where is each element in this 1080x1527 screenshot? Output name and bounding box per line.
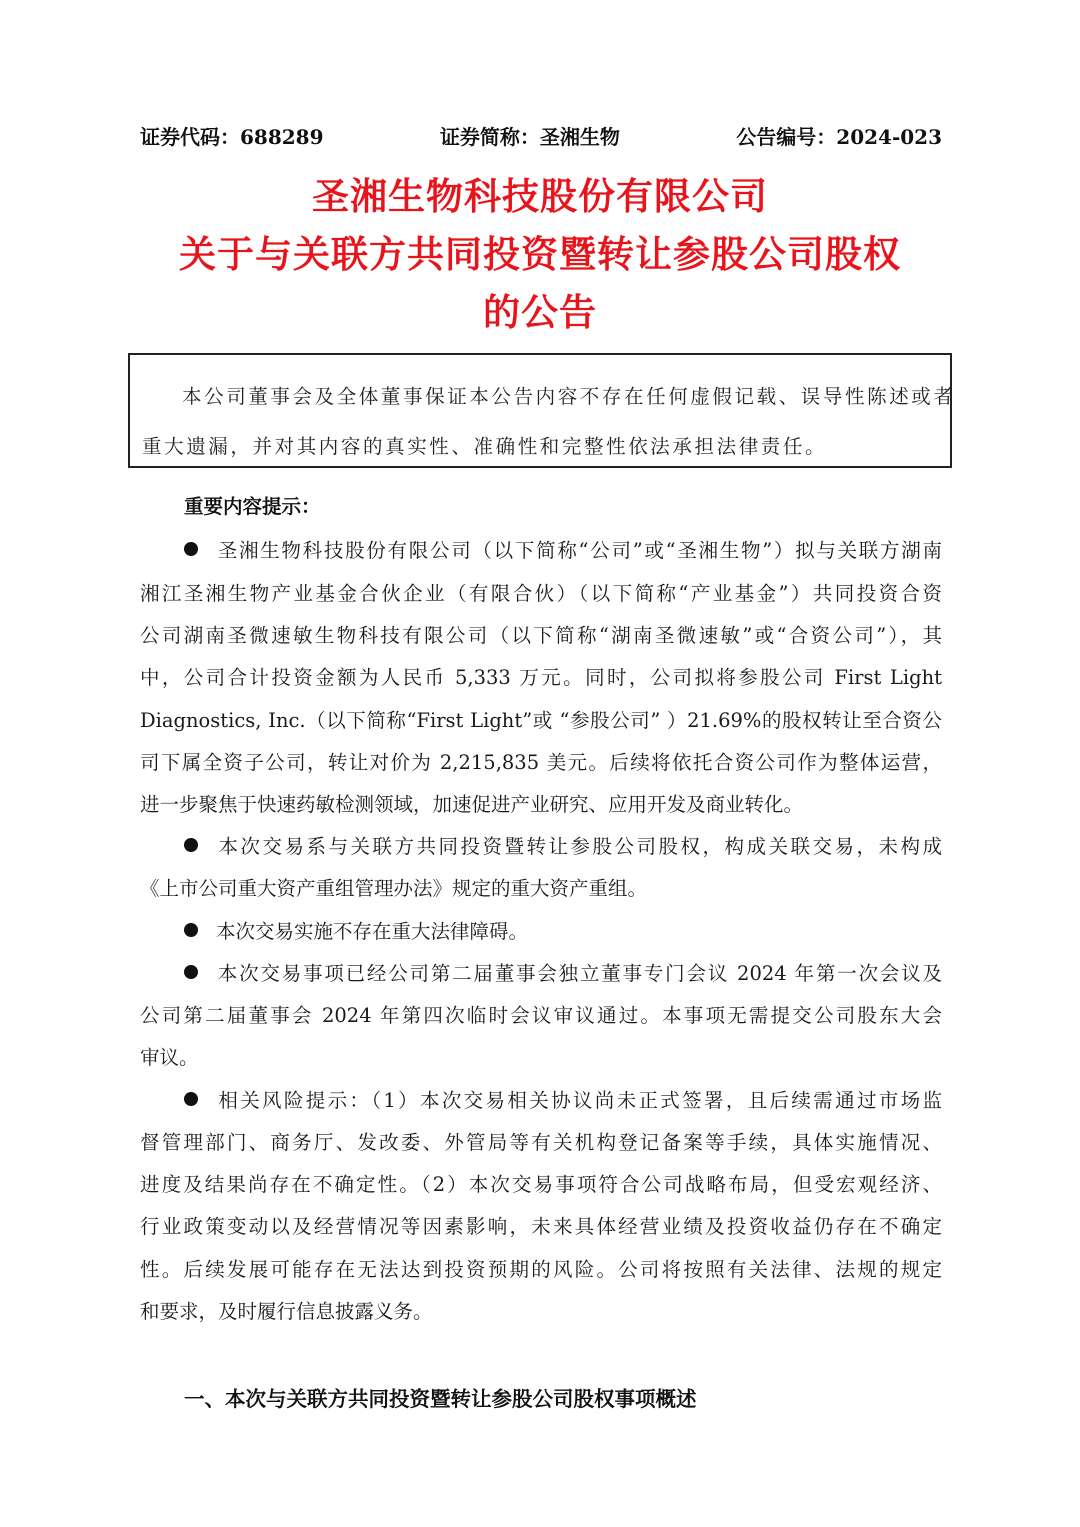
paragraph-line: 公司湖南圣微速敏生物科技有限公司（以下简称“湖南圣微速敏”或“合资公司”），其	[140, 620, 942, 648]
paragraph-line: 性。后续发展可能存在无法达到投资预期的风险。公司将按照有关法律、法规的规定	[140, 1254, 942, 1282]
highlight-bullet-2: 本次交易系与关联方共同投资暨转让参股公司股权，构成关联交易，未构成	[184, 831, 942, 859]
paragraph-line: 司下属全资子公司，转让对价为 2,215,835 美元。后续将依托合资公司作为整…	[140, 747, 942, 775]
announcement-meta-row: 证券代码：688289 证券简称：圣湘生物 公告编号：2024-023	[140, 118, 942, 152]
title-line-company: 圣湘生物科技股份有限公司	[100, 168, 980, 226]
title-line-suffix: 的公告	[100, 284, 980, 342]
announcement-title: 圣湘生物科技股份有限公司 关于与关联方共同投资暨转让参股公司股权 的公告	[100, 168, 980, 342]
paragraph-line: 进一步聚焦于快速药敏检测领域，加速促进产业研究、应用开发及商业转化。	[140, 789, 803, 817]
bullet-dot-icon	[184, 542, 198, 556]
section-1-heading: 一、本次与关联方共同投资暨转让参股公司股权事项概述	[184, 1382, 697, 1412]
bullet-dot-icon	[184, 965, 198, 979]
disclaimer-line: 重大遗漏，并对其内容的真实性、准确性和完整性依法承担法律责任。	[142, 431, 827, 459]
paragraph-line: 公司第二届董事会 2024 年第四次临时会议审议通过。本事项无需提交公司股东大会	[140, 1000, 942, 1028]
paragraph-line: 《上市公司重大资产重组管理办法》规定的重大资产重组。	[140, 873, 647, 901]
title-line-subject: 关于与关联方共同投资暨转让参股公司股权	[100, 226, 980, 284]
highlight-bullet-4: 本次交易事项已经公司第二届董事会独立董事专门会议 2024 年第一次会议及	[184, 958, 942, 986]
disclaimer-line: 本公司董事会及全体董事保证本公告内容不存在任何虚假记载、误导性陈述或者	[182, 381, 956, 409]
paragraph-line: 审议。	[140, 1042, 199, 1070]
highlight-bullet-1: 圣湘生物科技股份有限公司（以下简称“公司”或“圣湘生物”）拟与关联方湖南	[184, 535, 942, 563]
announcement-number: 公告编号：2024-023	[736, 121, 942, 150]
bullet-dot-icon	[184, 1092, 198, 1106]
highlight-bullet-3: 本次交易实施不存在重大法律障碍。	[184, 916, 942, 944]
highlights-heading: 重要内容提示：	[184, 491, 321, 519]
highlight-bullet-5: 相关风险提示：（1）本次交易相关协议尚未正式签署，且后续需通过市场监	[184, 1085, 942, 1113]
paragraph-line: 进度及结果尚存在不确定性。（2）本次交易事项符合公司战略布局，但受宏观经济、	[140, 1169, 942, 1197]
bullet-dot-icon	[184, 923, 198, 937]
document-page: 证券代码：688289 证券简称：圣湘生物 公告编号：2024-023 圣湘生物…	[0, 0, 1080, 1527]
paragraph-line: Diagnostics, Inc.（以下简称“First Light”或 “参股…	[140, 705, 942, 733]
stock-code: 证券代码：688289	[140, 121, 324, 150]
paragraph-line: 和要求，及时履行信息披露义务。	[140, 1296, 433, 1324]
paragraph-line: 中，公司合计投资金额为人民币 5,333 万元。同时，公司拟将参股公司 Firs…	[140, 662, 942, 690]
paragraph-line: 督管理部门、商务厅、发改委、外管局等有关机构登记备案等手续，具体实施情况、	[140, 1127, 942, 1155]
paragraph-line: 湘江圣湘生物产业基金合伙企业（有限合伙）（以下简称“产业基金”）共同投资合资	[140, 578, 942, 606]
paragraph-line: 行业政策变动以及经营情况等因素影响，未来具体经营业绩及投资收益仍存在不确定	[140, 1211, 942, 1239]
stock-abbreviation: 证券简称：圣湘生物	[440, 121, 620, 150]
board-disclaimer-box: 本公司董事会及全体董事保证本公告内容不存在任何虚假记载、误导性陈述或者 重大遗漏…	[128, 353, 952, 468]
bullet-dot-icon	[184, 838, 198, 852]
